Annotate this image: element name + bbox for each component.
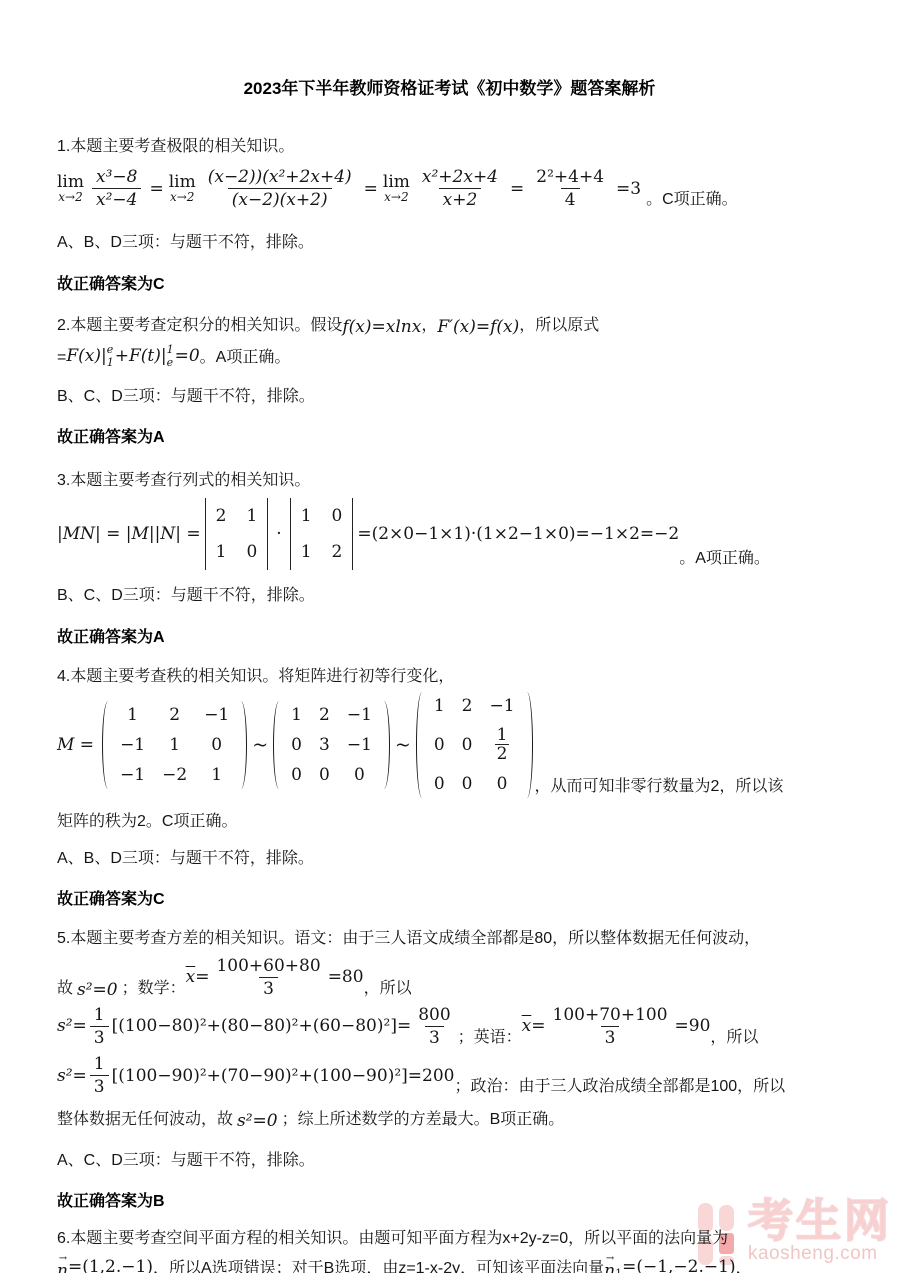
matrix-paren-left bbox=[273, 701, 283, 789]
fraction: 13 bbox=[90, 1004, 109, 1049]
q6-tail-comma: ， bbox=[736, 1255, 752, 1273]
det-cell: 1 bbox=[246, 506, 257, 526]
q4-tail: ，从而可知非零行数量为2，所以该 bbox=[535, 773, 784, 798]
q5-answer: 故正确答案为B bbox=[57, 1188, 842, 1211]
limit-operator: limx→2 bbox=[169, 174, 196, 204]
matrix-paren-right bbox=[523, 692, 533, 798]
limit-operator: limx→2 bbox=[57, 174, 84, 204]
matrix-cell: 1 bbox=[169, 735, 180, 755]
limit-operator: limx→2 bbox=[383, 174, 410, 204]
document-page: 2023年下半年教师资格证考试《初中数学》题答案解析 1.本题主要考查极限的相关… bbox=[0, 0, 900, 1273]
q5-intro: 5.本题主要考查方差的相关知识。语文：由于三人语文成绩全部都是80，所以整体数据… bbox=[57, 927, 842, 950]
q5-math-line: 故 s²=0 ；数学： x= 100+60+803 =80 ，所以 bbox=[57, 955, 842, 1000]
determinant: 10 12 bbox=[290, 498, 354, 570]
q6-line1: 6.本题主要考查空间平面方程的相关知识。由题可知平面方程为x+2y-z=0，所以… bbox=[57, 1227, 842, 1250]
q5-variance-math-line: s²= 13 [(100−80)²+(80−80)²+(60−80)²]= 80… bbox=[57, 1004, 842, 1049]
fraction: 100+70+1003 bbox=[549, 1004, 672, 1049]
q6-normal-vector2: →n 1 =(−1,−2.−1) bbox=[604, 1255, 735, 1273]
page-title: 2023年下半年教师资格证考试《初中数学》题答案解析 bbox=[57, 0, 842, 99]
matrix-paren-right bbox=[237, 701, 247, 789]
det-cell: 1 bbox=[216, 542, 227, 562]
matrix-cell-fraction: 12 bbox=[495, 726, 510, 764]
det-cell: 2 bbox=[216, 506, 227, 526]
q5-suoyi: ，所以 bbox=[364, 975, 412, 1000]
q3-formula: |MN| = |M||N| = 21 10 · 10 12 =(2×0−1×1)… bbox=[57, 498, 842, 570]
q4-exclude: A、B、D三项：与题干不符，排除。 bbox=[57, 847, 842, 870]
det-cell: 1 bbox=[301, 542, 312, 562]
q5-variance-zero: s²=0 bbox=[77, 980, 118, 1000]
q3-determinant-expression: |MN| = |M||N| = 21 10 · 10 12 =(2×0−1×1)… bbox=[57, 498, 679, 570]
q2-intro-end: ，所以原式 bbox=[519, 312, 599, 337]
matrix-cell: −1 bbox=[204, 705, 229, 725]
matrix-cell: 0 bbox=[434, 735, 445, 755]
q5-gu: 故 bbox=[57, 975, 73, 1000]
q5-final-line: 整体数据无任何波动，故 s²=0 ；综上所述数学的方差最大。B项正确。 bbox=[57, 1106, 842, 1131]
q5-variance-eng-math: s²= 13 [(100−90)²+(70−90)²+(100−90)²]=20… bbox=[57, 1053, 454, 1098]
q4-answer: 故正确答案为C bbox=[57, 886, 842, 909]
matrix-paren-left bbox=[102, 701, 112, 789]
matrix-cell: −1 bbox=[120, 735, 145, 755]
q5-semi-math: ；数学： bbox=[122, 975, 186, 1000]
matrix-cell: 0 bbox=[291, 765, 302, 785]
row-equivalence-tilde: ~ bbox=[395, 734, 411, 756]
q1-limit-expression: limx→2 x³−8x²−4 = limx→2 (x−2))(x²+2x+4)… bbox=[57, 166, 646, 211]
fraction: x²+2x+4x+2 bbox=[418, 166, 502, 211]
q1-intro: 1.本题主要考查极限的相关知识。 bbox=[57, 135, 842, 158]
q3-exclude: B、C、D三项：与题干不符，排除。 bbox=[57, 584, 842, 607]
matrix: 12−1 03−1 000 bbox=[273, 701, 390, 789]
fraction: x³−8x²−4 bbox=[92, 166, 141, 211]
bracket-expression: [(100−80)²+(80−80)²+(60−80)²]= bbox=[112, 1016, 412, 1036]
matrix-cell: 0 bbox=[354, 765, 365, 785]
q1-conclusion: 。C项正确。 bbox=[646, 186, 738, 211]
q4-continuation: 矩阵的秩为2。C项正确。 bbox=[57, 810, 842, 833]
result-value: =80 bbox=[328, 967, 364, 987]
q3-post: =(2×0−1×1)·(1×2−1×0)=−1×2=−2 bbox=[357, 524, 679, 544]
fraction: 100+60+803 bbox=[212, 955, 324, 1000]
det-cell: 0 bbox=[246, 542, 257, 562]
matrix-cell: 1 bbox=[291, 705, 302, 725]
matrix: 12−1 0012 000 bbox=[416, 692, 533, 798]
matrix-cell: −1 bbox=[120, 765, 145, 785]
q3-pre: |MN| = |M||N| = bbox=[57, 524, 201, 544]
q5-mean-eng-math: x= 100+70+1003 =90 bbox=[522, 1004, 711, 1049]
q4-matrix-label: M = bbox=[57, 735, 94, 755]
vector-n1: →n bbox=[604, 1255, 615, 1273]
vector-n: →n bbox=[57, 1255, 68, 1273]
q6-mid: ，所以A选项错误；对于B选项，由z=1-x-2y，可知该平面法向量 bbox=[153, 1255, 604, 1273]
sup-sub-stack: e1 bbox=[107, 343, 114, 369]
bracket-expression: [(100−90)²+(70−90)²+(100−90)²]=200 bbox=[112, 1066, 455, 1086]
matrix-paren-right bbox=[380, 701, 390, 789]
q5-variance-eng-line: s²= 13 [(100−90)²+(70−90)²+(100−90)²]=20… bbox=[57, 1053, 842, 1098]
fraction: 2²+4+44 bbox=[532, 166, 608, 211]
determinant: 21 10 bbox=[205, 498, 269, 570]
q4-intro: 4.本题主要考查秩的相关知识。将矩阵进行初等行变化， bbox=[57, 665, 842, 688]
q2-line1: 2.本题主要考查定积分的相关知识。假设 f(x)=xlnx ， F′(x)=f(… bbox=[57, 312, 842, 337]
det-cell: 1 bbox=[301, 506, 312, 526]
matrix-cell: 3 bbox=[319, 735, 330, 755]
equals-sign: = bbox=[364, 179, 378, 199]
row-equivalence-tilde: ~ bbox=[252, 734, 268, 756]
q3-answer: 故正确答案为A bbox=[57, 624, 842, 647]
matrix-cell: 0 bbox=[462, 774, 473, 794]
q5-semi-eng: ；英语： bbox=[458, 1024, 522, 1049]
matrix-cell: 0 bbox=[319, 765, 330, 785]
q2-intro: 2.本题主要考查定积分的相关知识。假设 bbox=[57, 312, 342, 337]
q3-conclusion: 。A项正确。 bbox=[679, 545, 770, 570]
matrix-cell: 2 bbox=[169, 705, 180, 725]
matrix-paren-left bbox=[416, 692, 426, 798]
fraction: 8003 bbox=[414, 1004, 454, 1049]
x-bar: x bbox=[522, 1016, 532, 1036]
det-cell: 2 bbox=[332, 542, 343, 562]
q1-exclude: A、B、D三项：与题干不符，排除。 bbox=[57, 231, 842, 254]
fraction: (x−2))(x²+2x+4)(x−2)(x+2) bbox=[204, 166, 356, 211]
q5-line-end1: 整体数据无任何波动，故 bbox=[57, 1106, 233, 1131]
matrix-cell: 0 bbox=[462, 735, 473, 755]
multiplication-dot: · bbox=[276, 524, 281, 544]
matrix-cell: 2 bbox=[319, 705, 330, 725]
q4-formula: M = 12−1 −110 −1−21 ~ 12−1 03−1 bbox=[57, 692, 842, 798]
matrix-cell: 0 bbox=[434, 774, 445, 794]
q5-suoyi: ，所以 bbox=[710, 1024, 758, 1049]
matrix-cell: 2 bbox=[462, 696, 473, 716]
matrix-cell: 0 bbox=[211, 735, 222, 755]
document-content: 2023年下半年教师资格证考试《初中数学》题答案解析 1.本题主要考查极限的相关… bbox=[0, 0, 900, 1273]
q1-answer: 故正确答案为C bbox=[57, 271, 842, 294]
matrix-cell: 1 bbox=[211, 765, 222, 785]
matrix-cell: 1 bbox=[434, 696, 445, 716]
q5-semi-pol: ；政治：由于三人政治成绩全部都是100，所以 bbox=[454, 1073, 785, 1098]
matrix-cell: −1 bbox=[489, 696, 514, 716]
matrix-cell: −1 bbox=[347, 735, 372, 755]
q2-evaluation: F(x)|e1+F(t)|1e=0 bbox=[66, 343, 199, 369]
result-value: =3 bbox=[616, 179, 641, 199]
q2-Fx-definition: F′(x)=f(x) bbox=[437, 317, 519, 337]
matrix-cell: 0 bbox=[497, 774, 508, 794]
equals-sign: = bbox=[57, 349, 66, 369]
matrix: 12−1 −110 −1−21 bbox=[102, 701, 247, 789]
vector-subscript: 1 bbox=[615, 1267, 622, 1273]
matrix-cell: 1 bbox=[127, 705, 138, 725]
q5-exclude: A、C、D三项：与题干不符，排除。 bbox=[57, 1149, 842, 1172]
sup-sub-stack: 1e bbox=[167, 343, 174, 369]
fraction: 13 bbox=[90, 1053, 109, 1098]
q6-line2: →n =(1,2.−1) ，所以A选项错误；对于B选项，由z=1-x-2y，可知… bbox=[57, 1255, 842, 1273]
q6-normal-vector1: →n =(1,2.−1) bbox=[57, 1255, 153, 1273]
q5-variance-zero: s²=0 bbox=[237, 1111, 278, 1131]
result-value: =90 bbox=[675, 1016, 711, 1036]
q2-answer: 故正确答案为A bbox=[57, 424, 842, 447]
q2-line2: = F(x)|e1+F(t)|1e=0 。A项正确。 bbox=[57, 343, 842, 369]
q5-line-end2: ；综上所述数学的方差最大。B项正确。 bbox=[282, 1106, 565, 1131]
q1-formula: limx→2 x³−8x²−4 = limx→2 (x−2))(x²+2x+4)… bbox=[57, 166, 842, 211]
q2-fx-definition: f(x)=xlnx bbox=[342, 317, 421, 337]
q4-matrix-expression: M = 12−1 −110 −1−21 ~ 12−1 03−1 bbox=[57, 692, 535, 798]
q5-variance-math: s²= 13 [(100−80)²+(80−80)²+(60−80)²]= 80… bbox=[57, 1004, 458, 1049]
q2-exclude: B、C、D三项：与题干不符，排除。 bbox=[57, 385, 842, 408]
q2-conclusion: 。A项正确。 bbox=[200, 344, 291, 369]
q3-intro: 3.本题主要考查行列式的相关知识。 bbox=[57, 469, 842, 492]
comma: ， bbox=[421, 312, 437, 337]
equals-sign: = bbox=[149, 179, 163, 199]
det-cell: 0 bbox=[332, 506, 343, 526]
equals-sign: = bbox=[510, 179, 524, 199]
q5-mean-math: x= 100+60+803 =80 bbox=[186, 955, 364, 1000]
matrix-cell: −2 bbox=[162, 765, 187, 785]
x-bar: x bbox=[186, 967, 196, 987]
matrix-cell: −1 bbox=[347, 705, 372, 725]
matrix-cell: 0 bbox=[291, 735, 302, 755]
